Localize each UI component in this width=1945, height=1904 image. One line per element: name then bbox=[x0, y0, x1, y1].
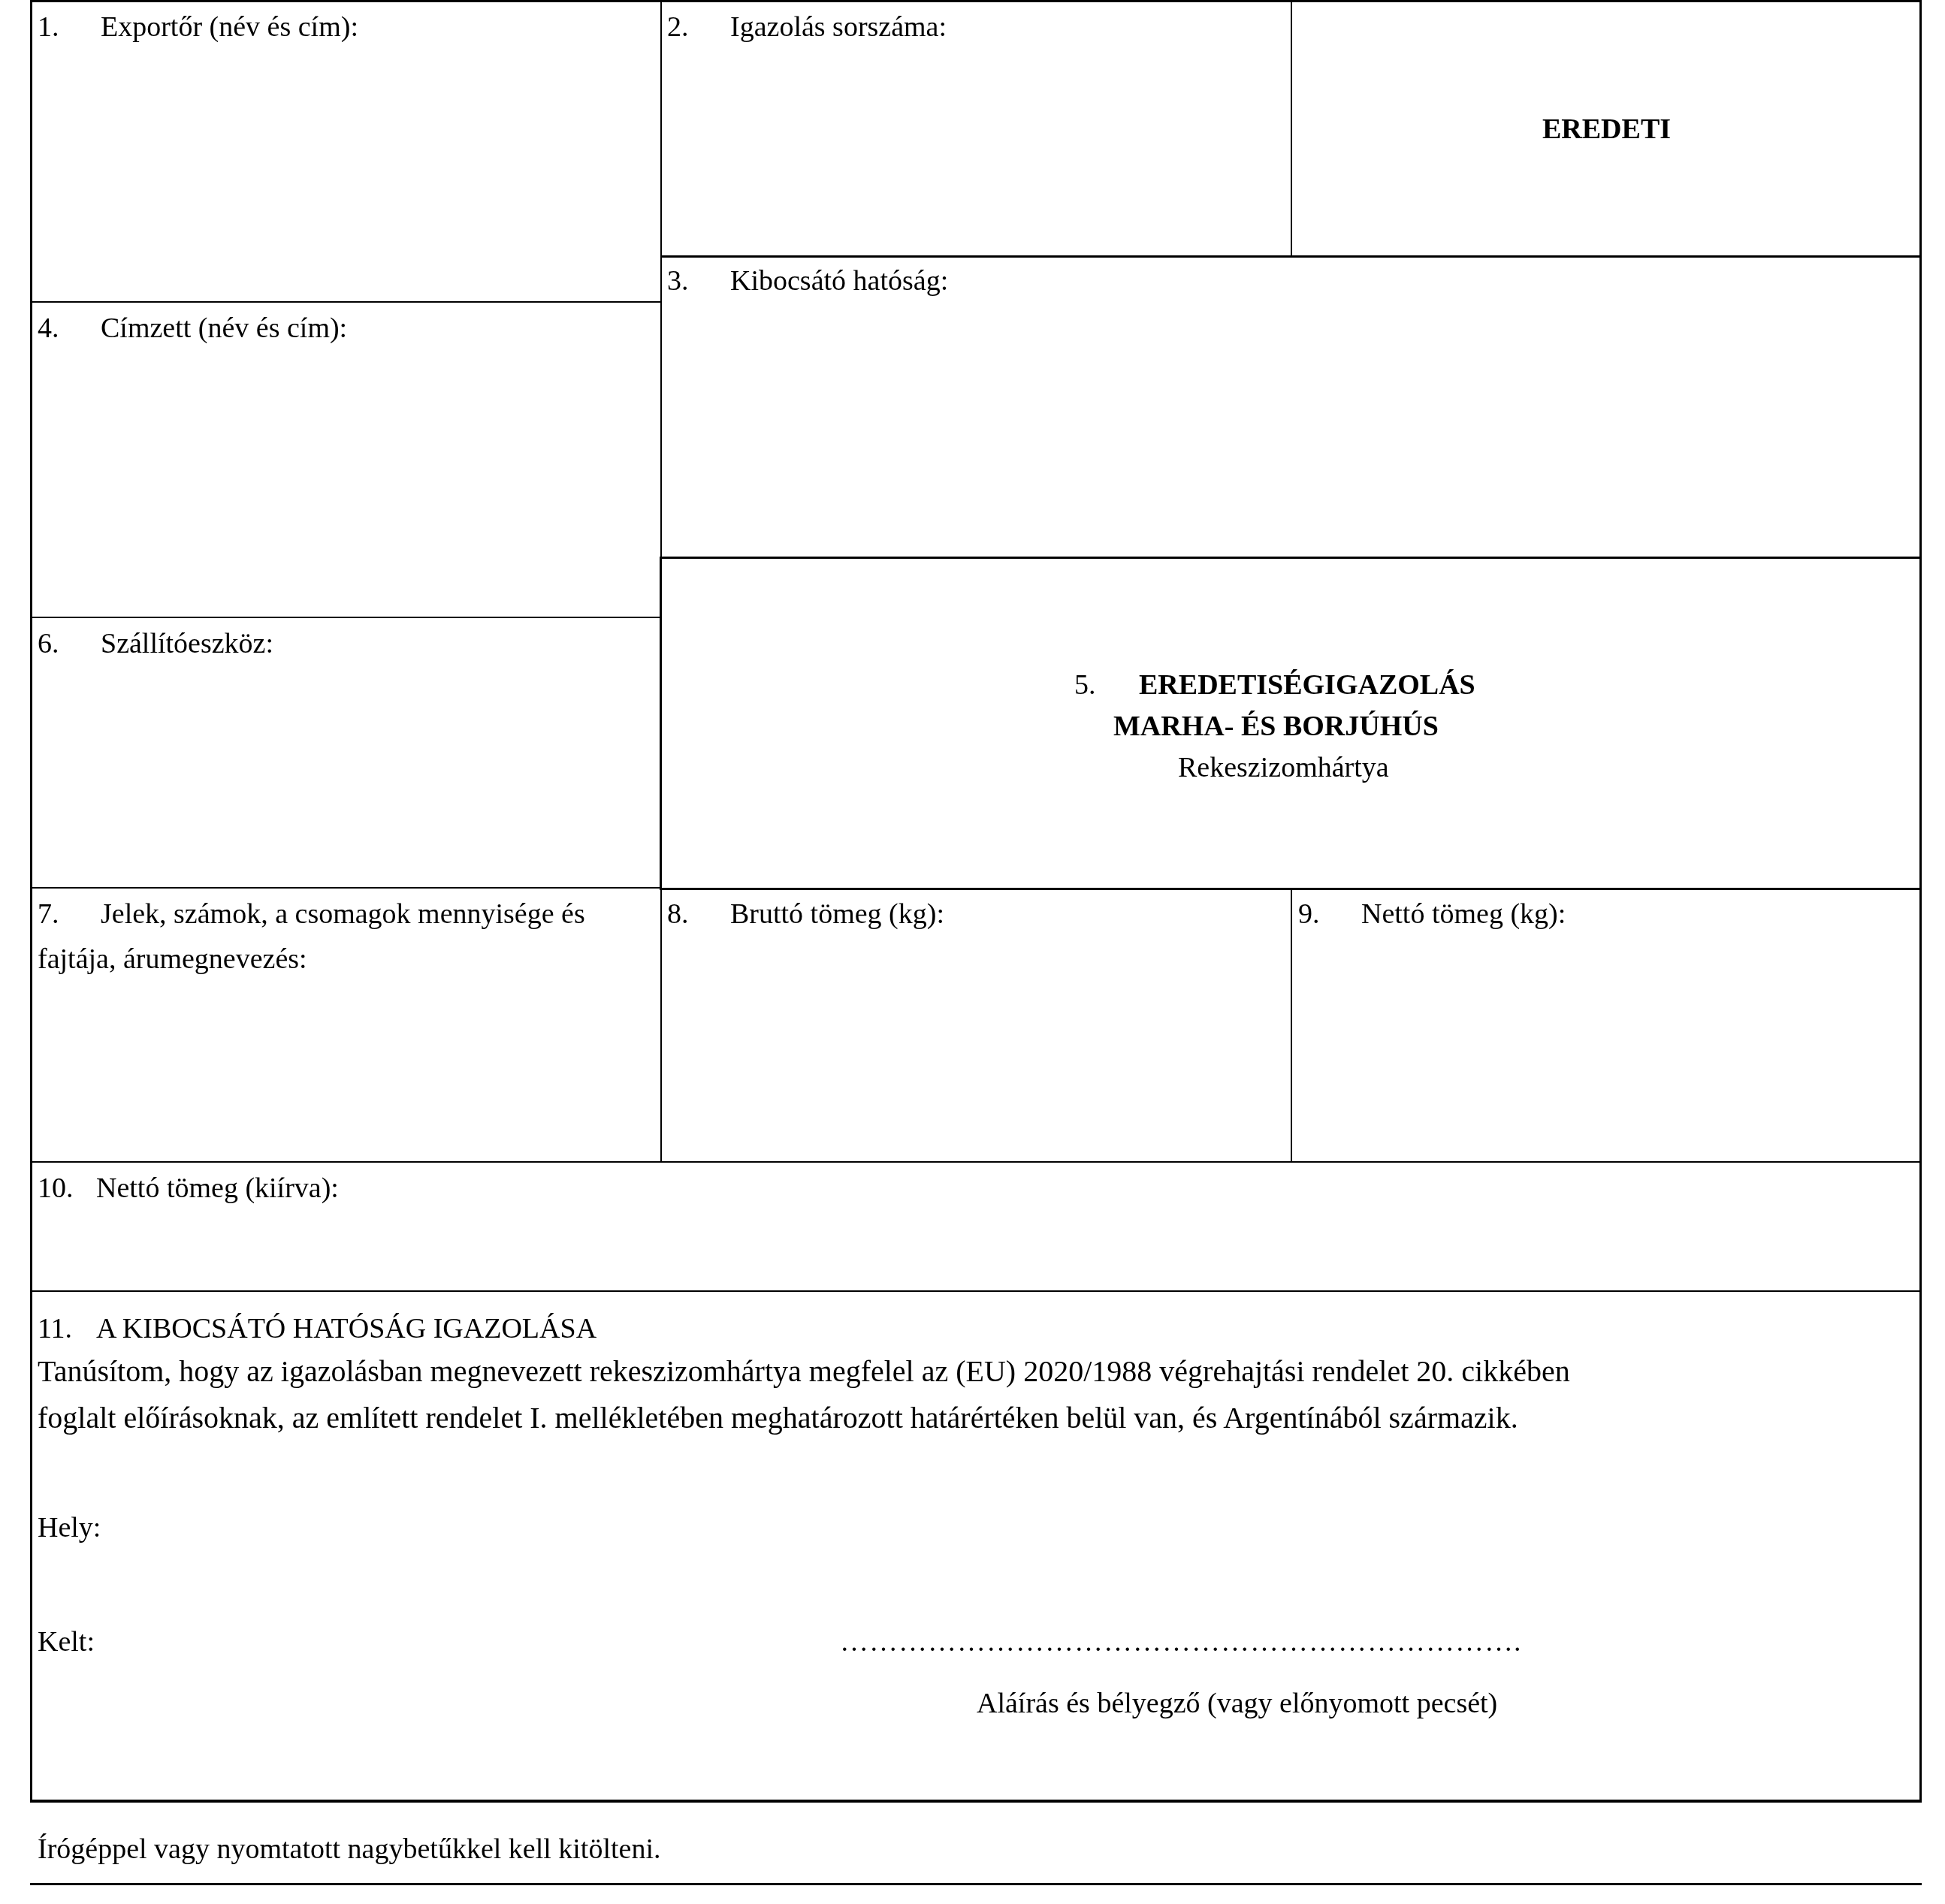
footer-rule bbox=[30, 1883, 1922, 1885]
form-border-right bbox=[1919, 0, 1922, 1803]
footer-note: Írógéppel vagy nyomtatott nagybetűkkel k… bbox=[38, 1831, 660, 1868]
divider-col2-bottom bbox=[1291, 889, 1292, 1163]
box11-number: 11. bbox=[38, 1311, 96, 1347]
box1-number: 1. bbox=[38, 9, 101, 46]
box7-number: 7. bbox=[38, 896, 101, 933]
box6-number: 6. bbox=[38, 626, 101, 662]
box10-label: 10.Nettó tömeg (kiírva): bbox=[38, 1170, 339, 1207]
box9-text: Nettó tömeg (kg): bbox=[1361, 898, 1566, 930]
box6-label: 6.Szállítóeszköz: bbox=[38, 626, 273, 662]
form-border-bottom bbox=[30, 1800, 1922, 1803]
box4-number: 4. bbox=[38, 310, 101, 347]
box7-label-line1: 7.Jelek, számok, a csomagok mennyisége é… bbox=[38, 896, 585, 933]
divider-row7-box10 bbox=[30, 1161, 1922, 1163]
divider-box4-box6 bbox=[30, 617, 661, 618]
box11-statement-line1: Tanúsítom, hogy az igazolásban megneveze… bbox=[38, 1352, 1570, 1391]
box8-label: 8.Bruttó tömeg (kg): bbox=[667, 896, 944, 933]
box5-subtitle: Rekeszizomhártya bbox=[1178, 750, 1389, 786]
signature-caption: Aláírás és bélyegző (vagy előnyomott pec… bbox=[977, 1685, 1497, 1722]
box5-title-text1: EREDETISÉGIGAZOLÁS bbox=[1139, 669, 1475, 701]
box8-text: Bruttó tömeg (kg): bbox=[730, 898, 944, 930]
box7-label-line2: fajtája, árumegnevezés: bbox=[38, 941, 307, 978]
divider-box1-box4 bbox=[30, 301, 661, 303]
form-border-left bbox=[30, 0, 32, 1803]
box3-label: 3.Kibocsátó hatóság: bbox=[667, 263, 948, 300]
box11-heading: 11.A KIBOCSÁTÓ HATÓSÁG IGAZOLÁSA bbox=[38, 1311, 596, 1347]
box10-number: 10. bbox=[38, 1170, 96, 1207]
box6-text: Szállítóeszköz: bbox=[101, 628, 273, 659]
box2-label: 2.Igazolás sorszáma: bbox=[667, 9, 947, 46]
box11-heading-text: A KIBOCSÁTÓ HATÓSÁG IGAZOLÁSA bbox=[96, 1313, 596, 1344]
box11-statement-line2: foglalt előírásoknak, az említett rendel… bbox=[38, 1399, 1518, 1438]
signature-line: ……………………………………………………………. bbox=[840, 1624, 1522, 1661]
box10-text: Nettó tömeg (kiírva): bbox=[96, 1172, 339, 1204]
box7-text1: Jelek, számok, a csomagok mennyisége és bbox=[101, 898, 585, 930]
date-label: Kelt: bbox=[38, 1624, 95, 1661]
box8-number: 8. bbox=[667, 896, 730, 933]
box2-text: Igazolás sorszáma: bbox=[730, 11, 947, 43]
box9-label: 9.Nettó tömeg (kg): bbox=[1298, 896, 1566, 933]
box1-text: Exportőr (név és cím): bbox=[101, 11, 358, 43]
place-label: Hely: bbox=[38, 1510, 101, 1546]
box4-label: 4.Címzett (név és cím): bbox=[38, 310, 347, 347]
box2-number: 2. bbox=[667, 9, 730, 46]
box4-text: Címzett (név és cím): bbox=[101, 312, 347, 344]
form-border-top bbox=[30, 0, 1922, 2]
divider-box10-box11 bbox=[30, 1290, 1922, 1292]
box9-number: 9. bbox=[1298, 896, 1361, 933]
box5-number: 5. bbox=[1074, 667, 1139, 704]
box5-title-line1: 5.EREDETISÉGIGAZOLÁS bbox=[1074, 667, 1475, 704]
box3-number: 3. bbox=[667, 263, 730, 300]
box5-title-line2: MARHA- ÉS BORJÚHÚS bbox=[1113, 708, 1439, 745]
box3-text: Kibocsátó hatóság: bbox=[730, 265, 948, 297]
box1-label: 1.Exportőr (név és cím): bbox=[38, 9, 358, 46]
divider-box6-box7 bbox=[30, 887, 661, 889]
original-marker: EREDETI bbox=[1292, 111, 1921, 148]
divider-box2-box3 bbox=[661, 255, 1921, 258]
